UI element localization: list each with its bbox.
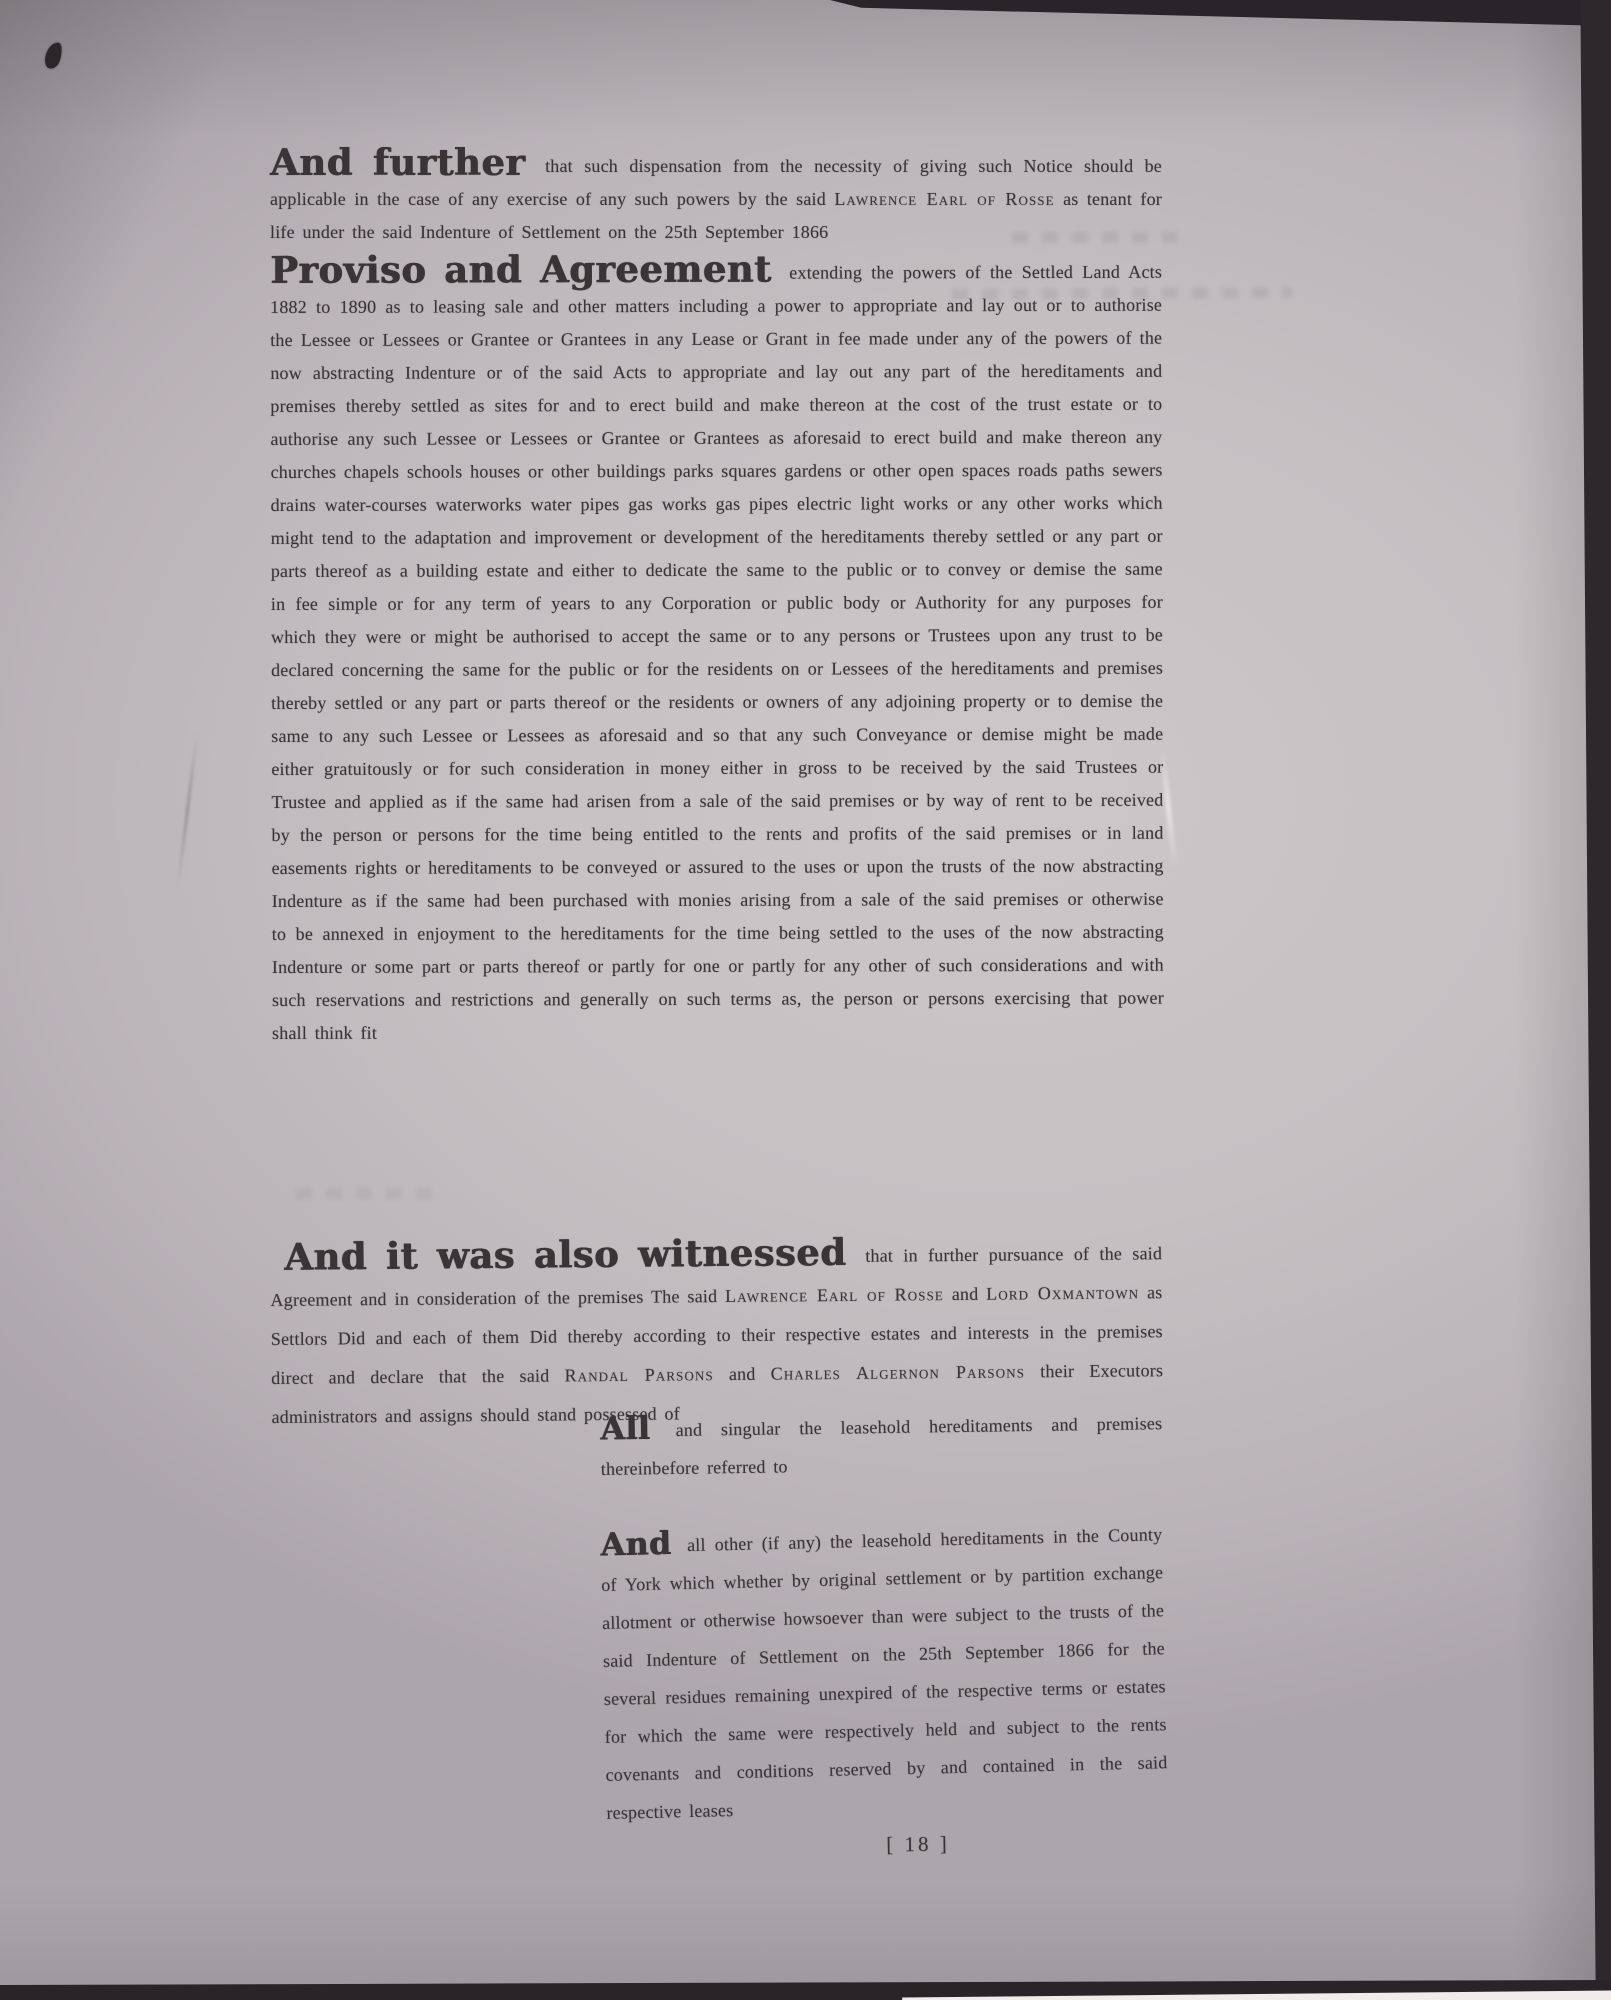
- heading-run-in: And further: [270, 140, 545, 184]
- body-text: Lord Oxmantown: [986, 1282, 1139, 1303]
- heading-run-in: All: [600, 1409, 676, 1447]
- hole-punch-mark: [43, 40, 65, 70]
- body-text: and: [714, 1364, 771, 1384]
- body-text: Lawrence Earl of Rosse: [834, 189, 1054, 209]
- paragraph-and-further: And further that such dispensation from …: [270, 150, 1162, 249]
- scan-edge-top: [830, 0, 1611, 26]
- paragraph-and-all-other: And all other (if any) the leasehold her…: [600, 1515, 1169, 1832]
- body-text: and: [944, 1284, 986, 1304]
- document-page: And further that such dispensation from …: [0, 0, 1611, 2000]
- body-text: Lawrence Earl of Rosse: [725, 1284, 944, 1306]
- scan-edge-right: [1577, 0, 1611, 1996]
- body-text: and singular the leasehold hereditaments…: [601, 1413, 1170, 1479]
- paragraph-all-and-singular: All and singular the leasehold hereditam…: [600, 1404, 1163, 1488]
- heading-run-in: And it was also witnessed: [284, 1230, 865, 1279]
- heading-run-in: And: [600, 1525, 687, 1564]
- paragraph-proviso-and-agreement: Proviso and Agreement extending the powe…: [270, 256, 1164, 1050]
- heading-run-in: Proviso and Agreement: [270, 247, 789, 292]
- body-text: all other (if any) the leasehold heredit…: [601, 1524, 1175, 1823]
- page-number: [ 18 ]: [858, 1831, 978, 1858]
- crease-mark: [176, 730, 198, 889]
- body-text: extending the powers of the Settled Land…: [270, 262, 1172, 1043]
- body-text: Charles Algernon Parsons: [771, 1361, 1026, 1383]
- ink-show-through: [296, 1188, 446, 1199]
- body-text: Randal Parsons: [564, 1364, 713, 1385]
